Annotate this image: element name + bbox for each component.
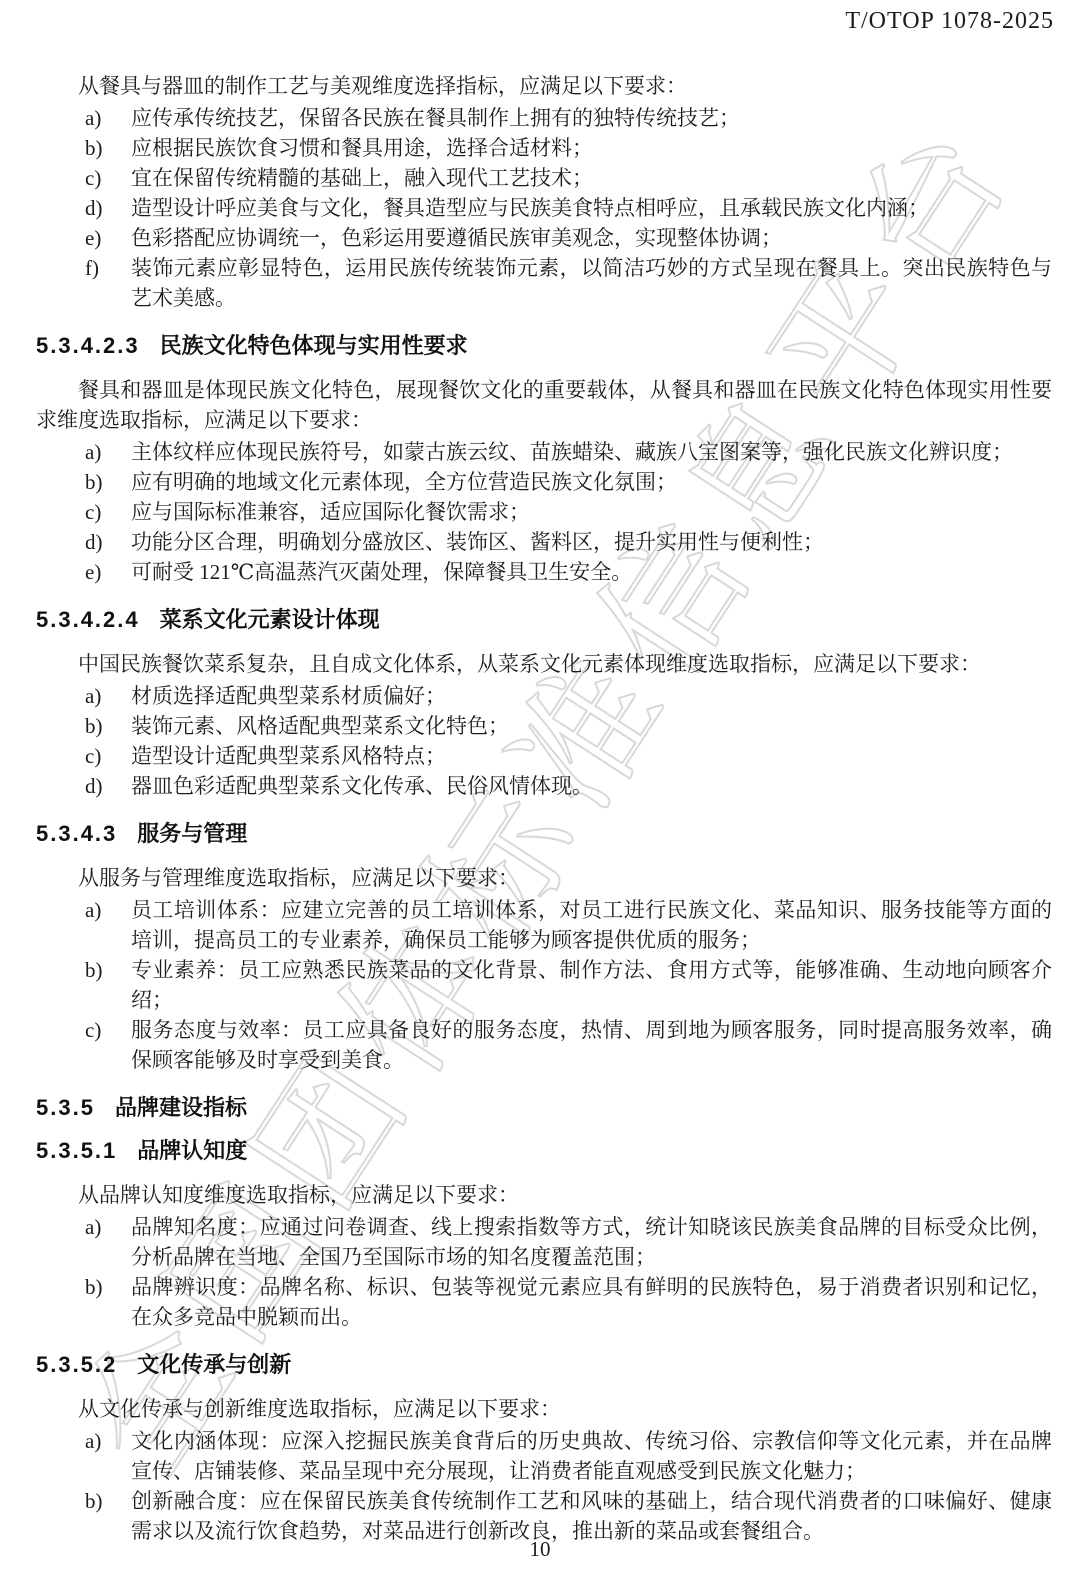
document-header: T/OTOP 1078-2025 bbox=[0, 0, 1080, 35]
list-item-marker: c) bbox=[85, 497, 131, 527]
list-item: b)专业素养：员工应熟悉民族菜品的文化背景、制作方法、食用方式等，能够准确、生动… bbox=[36, 955, 1052, 1015]
section-heading: 5.3.4.2.4菜系文化元素设计体现 bbox=[36, 606, 1052, 634]
paragraph: 从餐具与器皿的制作工艺与美观维度选择指标，应满足以下要求： bbox=[36, 71, 1052, 101]
section-heading: 5.3.4.2.3民族文化特色体现与实用性要求 bbox=[36, 332, 1052, 360]
section-number: 5.3.4.2.4 bbox=[36, 606, 140, 634]
page-number: 10 bbox=[530, 1537, 551, 1561]
list-item-text: 文化内涵体现：应深入挖掘民族美食背后的历史典故、传统习俗、宗教信仰等文化元素，并… bbox=[131, 1426, 1052, 1486]
list-item: a)主体纹样应体现民族符号，如蒙古族云纹、苗族蜡染、藏族八宝图案等，强化民族文化… bbox=[36, 437, 1052, 467]
lettered-list: a)应传承传统技艺，保留各民族在餐具制作上拥有的独特传统技艺；b)应根据民族饮食… bbox=[36, 103, 1052, 313]
section-title: 菜系文化元素设计体现 bbox=[160, 606, 380, 634]
list-item-marker: a) bbox=[85, 895, 131, 955]
list-item-text: 应传承传统技艺，保留各民族在餐具制作上拥有的独特传统技艺； bbox=[131, 103, 1052, 133]
lettered-list: a)员工培训体系：应建立完善的员工培训体系，对员工进行民族文化、菜品知识、服务技… bbox=[36, 895, 1052, 1075]
paragraph: 从文化传承与创新维度选取指标，应满足以下要求： bbox=[36, 1394, 1052, 1424]
list-item: b)应有明确的地域文化元素体现，全方位营造民族文化氛围； bbox=[36, 467, 1052, 497]
list-item-text: 装饰元素、风格适配典型菜系文化特色； bbox=[131, 711, 1052, 741]
list-item: c)造型设计适配典型菜系风格特点； bbox=[36, 741, 1052, 771]
list-item-text: 服务态度与效率：员工应具备良好的服务态度，热情、周到地为顾客服务，同时提高服务效… bbox=[131, 1015, 1052, 1075]
section-heading: 5.3.5.1品牌认知度 bbox=[36, 1137, 1052, 1165]
document-content: 从餐具与器皿的制作工艺与美观维度选择指标，应满足以下要求：a)应传承传统技艺，保… bbox=[0, 35, 1080, 1546]
lettered-list: a)材质选择适配典型菜系材质偏好；b)装饰元素、风格适配典型菜系文化特色；c)造… bbox=[36, 681, 1052, 801]
list-item-text: 宜在保留传统精髓的基础上，融入现代工艺技术； bbox=[131, 163, 1052, 193]
section-title: 民族文化特色体现与实用性要求 bbox=[160, 332, 468, 360]
list-item-marker: a) bbox=[85, 681, 131, 711]
list-item-marker: f) bbox=[85, 253, 131, 313]
list-item-text: 专业素养：员工应熟悉民族菜品的文化背景、制作方法、食用方式等，能够准确、生动地向… bbox=[131, 955, 1052, 1015]
list-item-text: 装饰元素应彰显特色，运用民族传统装饰元素，以简洁巧妙的方式呈现在餐具上。突出民族… bbox=[131, 253, 1052, 313]
section-number: 5.3.4.3 bbox=[36, 820, 117, 848]
lettered-list: a)品牌知名度：应通过问卷调查、线上搜索指数等方式，统计知晓该民族美食品牌的目标… bbox=[36, 1212, 1052, 1332]
list-item-marker: d) bbox=[85, 193, 131, 223]
list-item-text: 品牌辨识度：品牌名称、标识、包装等视觉元素应具有鲜明的民族特色，易于消费者识别和… bbox=[131, 1272, 1052, 1332]
list-item-text: 可耐受 121℃高温蒸汽灭菌处理，保障餐具卫生安全。 bbox=[131, 557, 1052, 587]
list-item: c)服务态度与效率：员工应具备良好的服务态度，热情、周到地为顾客服务，同时提高服… bbox=[36, 1015, 1052, 1075]
list-item: e)色彩搭配应协调统一，色彩运用要遵循民族审美观念，实现整体协调； bbox=[36, 223, 1052, 253]
list-item-marker: c) bbox=[85, 741, 131, 771]
list-item-marker: d) bbox=[85, 527, 131, 557]
list-item-text: 材质选择适配典型菜系材质偏好； bbox=[131, 681, 1052, 711]
list-item-marker: b) bbox=[85, 133, 131, 163]
list-item-marker: a) bbox=[85, 103, 131, 133]
list-item-text: 应与国际标准兼容，适应国际化餐饮需求； bbox=[131, 497, 1052, 527]
section-number: 5.3.4.2.3 bbox=[36, 332, 140, 360]
list-item-text: 造型设计呼应美食与文化，餐具造型应与民族美食特点相呼应，且承载民族文化内涵； bbox=[131, 193, 1052, 223]
lettered-list: a)文化内涵体现：应深入挖掘民族美食背后的历史典故、传统习俗、宗教信仰等文化元素… bbox=[36, 1426, 1052, 1546]
list-item: b)应根据民族饮食习惯和餐具用途，选择合适材料； bbox=[36, 133, 1052, 163]
list-item: b)装饰元素、风格适配典型菜系文化特色； bbox=[36, 711, 1052, 741]
list-item-marker: e) bbox=[85, 557, 131, 587]
list-item-marker: b) bbox=[85, 711, 131, 741]
list-item: d)器皿色彩适配典型菜系文化传承、民俗风情体现。 bbox=[36, 771, 1052, 801]
section-number: 5.3.5 bbox=[36, 1094, 95, 1122]
list-item-marker: a) bbox=[85, 437, 131, 467]
section-number: 5.3.5.2 bbox=[36, 1351, 117, 1379]
list-item: c)宜在保留传统精髓的基础上，融入现代工艺技术； bbox=[36, 163, 1052, 193]
list-item-marker: d) bbox=[85, 771, 131, 801]
list-item-text: 应有明确的地域文化元素体现，全方位营造民族文化氛围； bbox=[131, 467, 1052, 497]
list-item-marker: a) bbox=[85, 1426, 131, 1486]
page-footer: 10 bbox=[0, 1537, 1080, 1562]
list-item-text: 主体纹样应体现民族符号，如蒙古族云纹、苗族蜡染、藏族八宝图案等，强化民族文化辨识… bbox=[131, 437, 1052, 467]
list-item: a)品牌知名度：应通过问卷调查、线上搜索指数等方式，统计知晓该民族美食品牌的目标… bbox=[36, 1212, 1052, 1272]
list-item: e)可耐受 121℃高温蒸汽灭菌处理，保障餐具卫生安全。 bbox=[36, 557, 1052, 587]
list-item: d)功能分区合理，明确划分盛放区、装饰区、酱料区，提升实用性与便利性； bbox=[36, 527, 1052, 557]
document-page: 全国团体标准信息平台 T/OTOP 1078-2025 从餐具与器皿的制作工艺与… bbox=[0, 0, 1080, 1574]
list-item-marker: b) bbox=[85, 467, 131, 497]
list-item-text: 品牌知名度：应通过问卷调查、线上搜索指数等方式，统计知晓该民族美食品牌的目标受众… bbox=[131, 1212, 1052, 1272]
list-item: a)文化内涵体现：应深入挖掘民族美食背后的历史典故、传统习俗、宗教信仰等文化元素… bbox=[36, 1426, 1052, 1486]
section-number: 5.3.5.1 bbox=[36, 1137, 117, 1165]
list-item: a)员工培训体系：应建立完善的员工培训体系，对员工进行民族文化、菜品知识、服务技… bbox=[36, 895, 1052, 955]
list-item: b)品牌辨识度：品牌名称、标识、包装等视觉元素应具有鲜明的民族特色，易于消费者识… bbox=[36, 1272, 1052, 1332]
list-item-marker: c) bbox=[85, 163, 131, 193]
section-heading: 5.3.5品牌建设指标 bbox=[36, 1094, 1052, 1122]
section-title: 服务与管理 bbox=[137, 820, 247, 848]
section-title: 品牌认知度 bbox=[137, 1137, 247, 1165]
list-item-text: 器皿色彩适配典型菜系文化传承、民俗风情体现。 bbox=[131, 771, 1052, 801]
list-item-marker: b) bbox=[85, 1272, 131, 1332]
section-title: 文化传承与创新 bbox=[137, 1351, 291, 1379]
section-heading: 5.3.4.3服务与管理 bbox=[36, 820, 1052, 848]
list-item: c)应与国际标准兼容，适应国际化餐饮需求； bbox=[36, 497, 1052, 527]
paragraph: 中国民族餐饮菜系复杂，且自成文化体系，从菜系文化元素体现维度选取指标，应满足以下… bbox=[36, 649, 1052, 679]
lettered-list: a)主体纹样应体现民族符号，如蒙古族云纹、苗族蜡染、藏族八宝图案等，强化民族文化… bbox=[36, 437, 1052, 587]
list-item: a)应传承传统技艺，保留各民族在餐具制作上拥有的独特传统技艺； bbox=[36, 103, 1052, 133]
list-item-marker: a) bbox=[85, 1212, 131, 1272]
list-item-marker: c) bbox=[85, 1015, 131, 1075]
section-heading: 5.3.5.2文化传承与创新 bbox=[36, 1351, 1052, 1379]
list-item: f)装饰元素应彰显特色，运用民族传统装饰元素，以简洁巧妙的方式呈现在餐具上。突出… bbox=[36, 253, 1052, 313]
paragraph: 餐具和器皿是体现民族文化特色，展现餐饮文化的重要载体，从餐具和器皿在民族文化特色… bbox=[36, 375, 1052, 435]
list-item-marker: b) bbox=[85, 955, 131, 1015]
doc-code: T/OTOP 1078-2025 bbox=[845, 8, 1054, 34]
section-title: 品牌建设指标 bbox=[115, 1094, 247, 1122]
list-item-text: 色彩搭配应协调统一，色彩运用要遵循民族审美观念，实现整体协调； bbox=[131, 223, 1052, 253]
list-item-marker: e) bbox=[85, 223, 131, 253]
list-item-text: 员工培训体系：应建立完善的员工培训体系，对员工进行民族文化、菜品知识、服务技能等… bbox=[131, 895, 1052, 955]
list-item: d)造型设计呼应美食与文化，餐具造型应与民族美食特点相呼应，且承载民族文化内涵； bbox=[36, 193, 1052, 223]
list-item-text: 功能分区合理，明确划分盛放区、装饰区、酱料区，提升实用性与便利性； bbox=[131, 527, 1052, 557]
list-item: a)材质选择适配典型菜系材质偏好； bbox=[36, 681, 1052, 711]
list-item-text: 造型设计适配典型菜系风格特点； bbox=[131, 741, 1052, 771]
list-item-text: 应根据民族饮食习惯和餐具用途，选择合适材料； bbox=[131, 133, 1052, 163]
paragraph: 从品牌认知度维度选取指标，应满足以下要求： bbox=[36, 1180, 1052, 1210]
paragraph: 从服务与管理维度选取指标，应满足以下要求： bbox=[36, 863, 1052, 893]
